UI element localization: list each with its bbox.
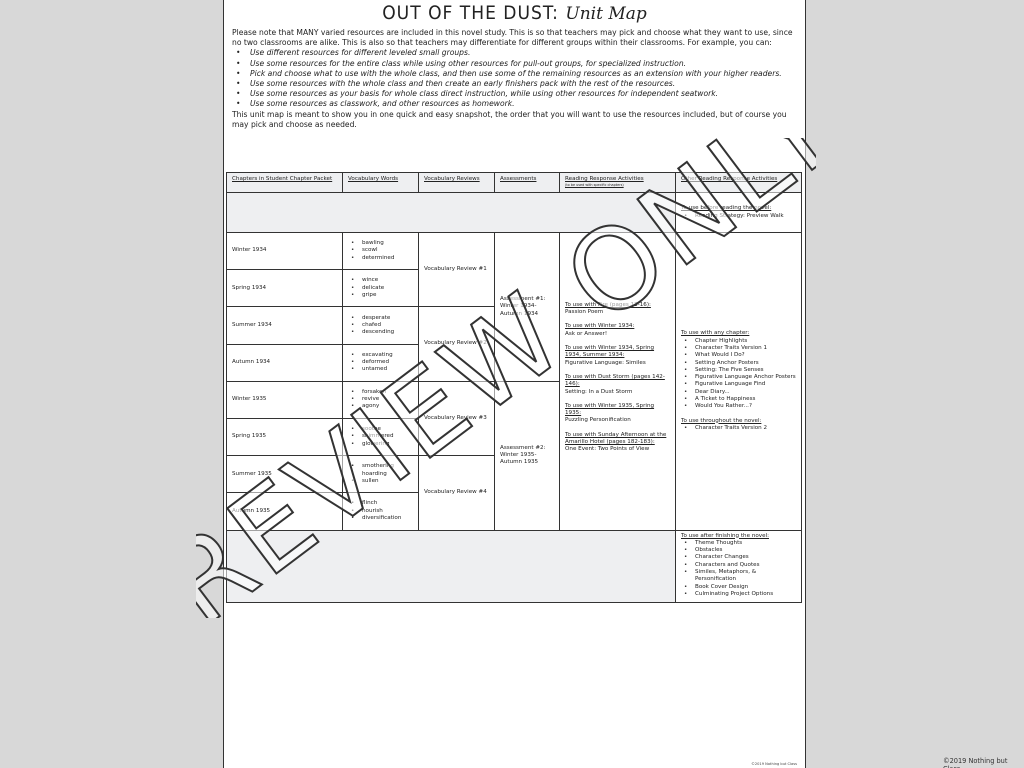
title-script: Unit Map [565, 4, 646, 24]
vocab-word: flinch [362, 500, 413, 507]
after-item: Culminating Project Options [695, 591, 796, 598]
vocab-word: diversification [362, 515, 413, 522]
before-reading-label: To use before reading the novel: [681, 205, 796, 212]
vocab-review-cell: Vocabulary Review #1 [419, 233, 495, 307]
assessment-title: Assessment #2: [500, 445, 554, 452]
vocab-review-cell: Vocabulary Review #2 [419, 307, 495, 381]
table-header-row: Chapters in Student Chapter Packet Vocab… [227, 173, 802, 193]
vocab-word: scowl [362, 247, 413, 254]
rr-activity: Passion Poem [565, 309, 603, 315]
chapter-name: Autumn 1935 [227, 493, 343, 530]
vocab-word: glowering [362, 441, 413, 448]
rr-activity: Puzzling Personification [565, 417, 631, 423]
assessment-title: Assessment #1: [500, 296, 554, 303]
vocab-word: descending [362, 329, 413, 336]
rr-activity: Figurative Language: Similes [565, 360, 646, 366]
vocab-review-cell: Vocabulary Review #4 [419, 456, 495, 530]
before-reading-spacer [227, 193, 676, 233]
vocab-words-cell: wince delicate gripe [343, 270, 419, 307]
rr-when: To use with Dust Storm (pages 142-146): [565, 374, 665, 387]
vocab-word: shimmered [362, 433, 413, 440]
intro-bullet: Use some resources for the entire class … [250, 59, 797, 69]
intro-bullet-list: Use different resources for different le… [232, 48, 797, 109]
other-any-label: To use with any chapter: [681, 330, 796, 337]
vocab-word: untamed [362, 366, 413, 373]
after-item: Similes, Metaphors, & Personification [695, 569, 796, 584]
vocab-word: bawling [362, 240, 413, 247]
vocab-word: chafed [362, 322, 413, 329]
vocab-word: revive [362, 396, 413, 403]
after-item: Theme Thoughts [695, 540, 796, 547]
vocab-word: smothering [362, 463, 413, 470]
unit-map-table: Chapters in Student Chapter Packet Vocab… [226, 172, 802, 603]
rr-when: To use with Sunday Afternoon at the Amar… [565, 432, 666, 445]
vocab-words-cell: excavating deformed untamed [343, 344, 419, 381]
vocab-word: desperate [362, 315, 413, 322]
header-assessments: Assessments [495, 173, 560, 193]
assessment-range-start: Winter 1935- [500, 452, 554, 459]
vocab-words-cell: soothe shimmered glowering [343, 418, 419, 455]
vocab-words-cell: bawling scowl determined [343, 233, 419, 270]
vocab-word: soothe [362, 426, 413, 433]
page-footer-copyright: ©2019 Nothing but Class [751, 762, 797, 766]
intro-paragraph: Please note that MANY varied resources a… [232, 28, 797, 48]
other-activities-cell: To use with any chapter: Chapter Highlig… [676, 233, 802, 531]
vocab-words-cell: forsaken revive agony [343, 381, 419, 418]
vocab-review-cell: Vocabulary Review #3 [419, 381, 495, 455]
assessment-cell: Assessment #1: Winter 1934- Autumn 1934 [495, 233, 560, 382]
header-reading-response-label: Reading Response Activities [565, 176, 644, 182]
header-chapters: Chapters in Student Chapter Packet [227, 173, 343, 193]
chapter-name: Spring 1934 [227, 270, 343, 307]
chapter-name: Autumn 1934 [227, 344, 343, 381]
after-item: Book Cover Design [695, 584, 796, 591]
vocab-word: wince [362, 277, 413, 284]
before-reading-item: Reading Strategy: Preview Walk [695, 213, 796, 220]
rr-when: To use with Winter 1934: [565, 323, 634, 329]
rr-activity: One Event: Two Points of View [565, 446, 649, 452]
intro-bullet: Use different resources for different le… [250, 48, 797, 58]
vocab-word: sullen [362, 478, 413, 485]
header-reading-response-sub: (to be used with specific chapters) [565, 183, 670, 187]
reading-response-cell: To use with Fire (pages 13-16):Passion P… [560, 233, 676, 531]
chapter-name: Spring 1935 [227, 418, 343, 455]
document-page: OUT OF THE DUST: Unit Map Please note th… [223, 0, 806, 768]
before-reading-cell: To use before reading the novel: Reading… [676, 193, 802, 233]
other-item: Character Traits Version 1 [695, 345, 796, 352]
other-item: Dear Diary... [695, 389, 796, 396]
closing-paragraph: This unit map is meant to show you in on… [232, 110, 797, 130]
other-item: Figurative Language Anchor Posters [695, 374, 796, 381]
assessment-range-start: Winter 1934- [500, 303, 554, 310]
other-item: Would You Rather...? [695, 403, 796, 410]
other-item: Chapter Highlights [695, 338, 796, 345]
assessment-cell: Assessment #2: Winter 1935- Autumn 1935 [495, 381, 560, 530]
header-vocab-reviews: Vocabulary Reviews [419, 173, 495, 193]
assessment-range-end: Autumn 1935 [500, 459, 554, 466]
intro-bullet: Use some resources with the whole class … [250, 79, 797, 89]
intro-bullet: Use some resources as classwork, and oth… [250, 99, 797, 109]
chapter-name: Winter 1934 [227, 233, 343, 270]
other-item: What Would I Do? [695, 352, 796, 359]
before-reading-row: To use before reading the novel: Reading… [227, 193, 802, 233]
vocab-word: delicate [362, 285, 413, 292]
vocab-word: nourish [362, 508, 413, 515]
intro-bullet: Pick and choose what to use with the who… [250, 69, 797, 79]
intro-text: Please note that MANY varied resources a… [232, 28, 797, 130]
vocab-word: agony [362, 403, 413, 410]
vocab-word: forsaken [362, 389, 413, 396]
header-other: Other Reading Response Activities [676, 173, 802, 193]
after-reading-row: To use after finishing the novel: Theme … [227, 530, 802, 602]
after-item: Character Changes [695, 554, 796, 561]
other-throughout-label: To use throughout the novel: [681, 418, 796, 425]
vocab-word: hoarding [362, 471, 413, 478]
rr-when: To use with Winter 1934, Spring 1934, Su… [565, 345, 654, 358]
header-reading-response: Reading Response Activities (to be used … [560, 173, 676, 193]
intro-bullet: Use some resources as your basis for who… [250, 89, 797, 99]
header-vocab-words: Vocabulary Words [343, 173, 419, 193]
rr-when: To use with Winter 1935, Spring 1935: [565, 403, 654, 416]
after-reading-cell: To use after finishing the novel: Theme … [676, 530, 802, 602]
table-row: Winter 1934 bawling scowl determined Voc… [227, 233, 802, 270]
rr-when: To use with Fire (pages 13-16): [565, 302, 651, 308]
rr-activity: Setting: In a Dust Storm [565, 389, 632, 395]
viewer-copyright: ©2019 Nothing but Class [943, 757, 1024, 768]
after-item: Characters and Quotes [695, 562, 796, 569]
page-title: OUT OF THE DUST: Unit Map [224, 2, 805, 24]
vocab-word: gripe [362, 292, 413, 299]
assessment-range-end: Autumn 1934 [500, 311, 554, 318]
vocab-words-cell: desperate chafed descending [343, 307, 419, 344]
other-item: Character Traits Version 2 [695, 425, 796, 432]
after-reading-spacer [227, 530, 676, 602]
chapter-name: Summer 1934 [227, 307, 343, 344]
vocab-word: excavating [362, 352, 413, 359]
after-item: Obstacles [695, 547, 796, 554]
chapter-name: Winter 1935 [227, 381, 343, 418]
vocab-word: determined [362, 255, 413, 262]
vocab-word: deformed [362, 359, 413, 366]
rr-activity: Ask or Answer! [565, 331, 607, 337]
other-item: A Ticket to Happiness [695, 396, 796, 403]
vocab-words-cell: smothering hoarding sullen [343, 456, 419, 493]
title-caps: OUT OF THE DUST: [382, 2, 559, 24]
after-reading-label: To use after finishing the novel: [681, 533, 796, 540]
chapter-name: Summer 1935 [227, 456, 343, 493]
other-item: Setting: The Five Senses [695, 367, 796, 374]
vocab-words-cell: flinch nourish diversification [343, 493, 419, 530]
other-item: Figurative Language Find [695, 381, 796, 388]
other-item: Setting Anchor Posters [695, 360, 796, 367]
